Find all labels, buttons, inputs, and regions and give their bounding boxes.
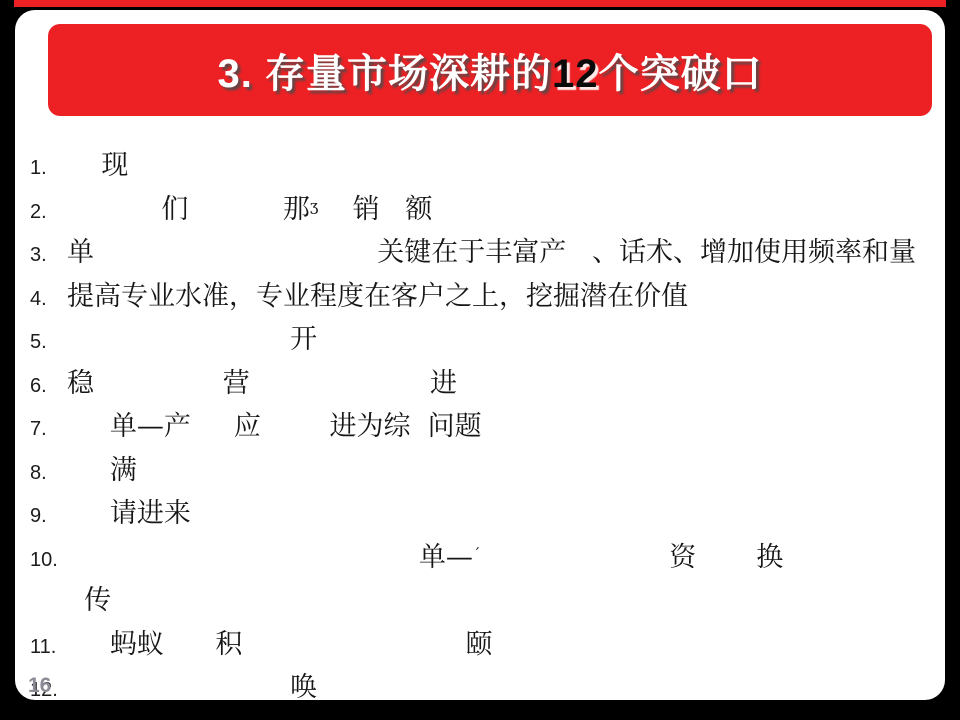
item-number: 2.	[30, 191, 67, 234]
item-text: 提高专业水准，专业程度在客户之上，挖掘潜在价值	[67, 281, 688, 312]
top-red-strip	[14, 0, 946, 7]
slide-title: 3. 存量市场深耕的12个突破口	[218, 42, 763, 99]
list-item: 2. 们 那ʒ 销 额	[30, 188, 432, 232]
item-text: 单 关键在于丰富产 、话术、增加使用频率和量	[67, 237, 916, 268]
list-item: 12. 唤	[30, 666, 317, 710]
item-number: 3.	[30, 234, 67, 277]
list-item: 传	[30, 579, 111, 623]
slide-canvas: 3. 存量市场深耕的12个突破口 1. 现2. 们 那ʒ 销 额3.单 关键在于…	[0, 0, 960, 720]
item-text: 单—产 应 进为综 问题	[67, 411, 482, 442]
item-text: 单—ˊ 资 换	[67, 542, 783, 573]
list-item: 7. 单—产 应 进为综 问题	[30, 405, 482, 449]
title-highlight: 12	[552, 52, 599, 96]
item-text: 满	[67, 455, 137, 486]
item-text: 传	[67, 585, 111, 616]
item-number: 7.	[30, 408, 67, 451]
item-text: 稳 营 进	[67, 368, 457, 399]
item-text: 现	[67, 150, 128, 181]
item-text: 请进来	[67, 498, 191, 529]
list-item: 8. 满	[30, 449, 137, 493]
list-item: 10. 单—ˊ 资 换	[30, 536, 783, 580]
item-number: 9.	[30, 495, 67, 538]
item-number: 10.	[30, 539, 67, 582]
slide: 3. 存量市场深耕的12个突破口 1. 现2. 们 那ʒ 销 额3.单 关键在于…	[15, 10, 945, 700]
title-prefix: 3. 存量市场深耕的	[218, 52, 552, 96]
item-number: 8.	[30, 452, 67, 495]
numbered-list: 1. 现2. 们 那ʒ 销 额3.单 关键在于丰富产 、话术、增加使用频率和量4…	[30, 144, 930, 710]
item-number: 6.	[30, 365, 67, 408]
list-item: 4.提高专业水准，专业程度在客户之上，挖掘潜在价值	[30, 275, 688, 319]
item-text: 蚂蚁 积 颐	[67, 629, 493, 660]
list-item: 3.单 关键在于丰富产 、话术、增加使用频率和量	[30, 231, 916, 275]
page-number: 16	[28, 674, 51, 698]
stray-glyph-mark: ˊ	[473, 545, 481, 563]
item-text: 们 那ʒ 销 额	[67, 194, 432, 225]
list-item: 11. 蚂蚁 积 颐	[30, 623, 493, 667]
item-number: 11.	[30, 626, 67, 669]
item-number: 1.	[30, 147, 67, 190]
item-number: 5.	[30, 321, 67, 364]
title-suffix: 个突破口	[598, 52, 762, 96]
list-item: 9. 请进来	[30, 492, 191, 536]
list-item: 5. 开	[30, 318, 317, 362]
list-item: 6.稳 营 进	[30, 362, 457, 406]
list-item: 1. 现	[30, 144, 128, 188]
stray-glyph-mark: ʒ	[310, 197, 318, 215]
item-text: 唤	[67, 672, 317, 703]
item-text: 开	[67, 324, 317, 355]
item-number: 4.	[30, 278, 67, 321]
title-banner: 3. 存量市场深耕的12个突破口	[48, 24, 932, 116]
